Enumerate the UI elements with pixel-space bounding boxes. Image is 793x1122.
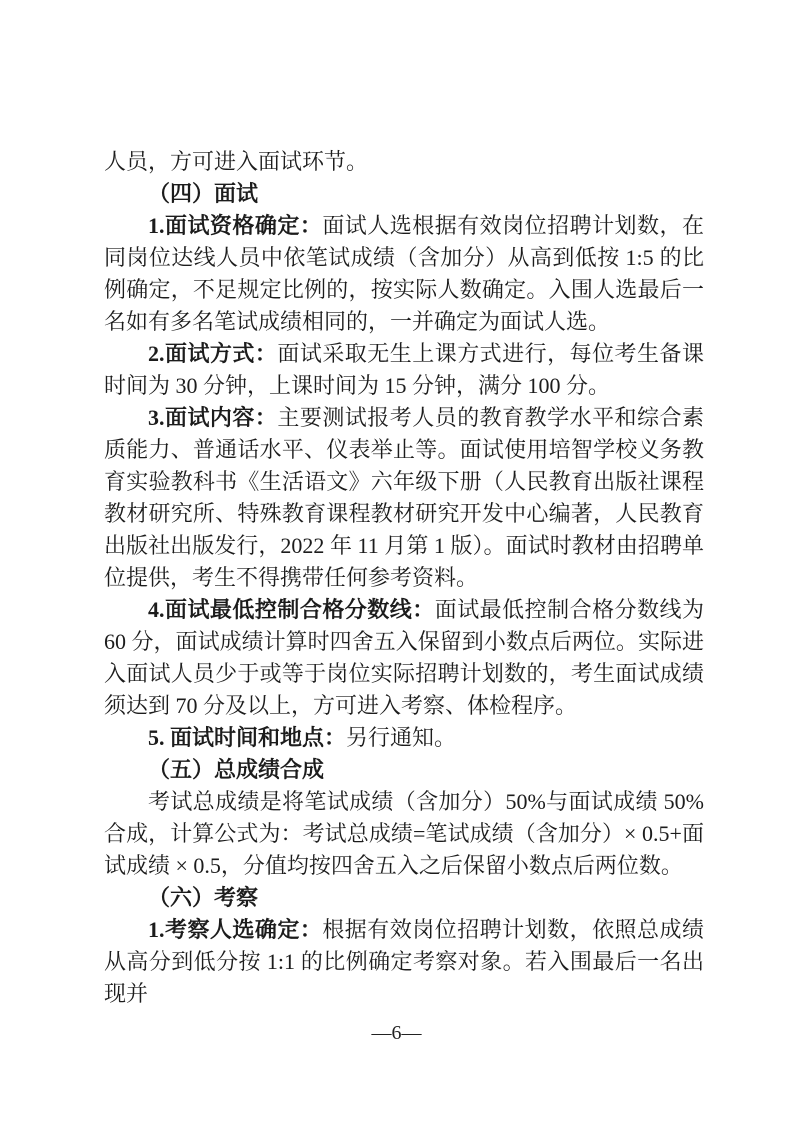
paragraph: （五）总成绩合成 [104, 754, 704, 786]
paragraph: 4.面试最低控制合格分数线：面试最低控制合格分数线为 60 分，面试成绩计算时四… [104, 594, 704, 722]
paragraph: 5. 面试时间和地点：另行通知。 [104, 722, 704, 754]
paragraph: 考试总成绩是将笔试成绩（含加分）50%与面试成绩 50%合成，计算公式为：考试总… [104, 786, 704, 882]
paragraph: 人员，方可进入面试环节。 [104, 146, 704, 178]
heading-label: 1.考察人选确定： [148, 917, 322, 942]
document-body: 人员，方可进入面试环节。（四）面试1.面试资格确定：面试人选根据有效岗位招聘计划… [104, 146, 704, 1010]
page-footer: —6— [0, 1020, 793, 1046]
page-number: —6— [372, 1022, 422, 1044]
paragraph: 1.考察人选确定：根据有效岗位招聘计划数，依照总成绩从高分到低分按 1:1 的比… [104, 914, 704, 1010]
paragraph: （四）面试 [104, 178, 704, 210]
heading-label: 3.面试内容： [148, 405, 277, 430]
heading-label: 1.面试资格确定： [148, 213, 322, 238]
paragraph: （六）考察 [104, 882, 704, 914]
text-segment: 另行通知。 [346, 725, 456, 750]
heading-label: （六）考察 [148, 885, 258, 910]
text-segment: 考试总成绩是将笔试成绩（含加分）50%与面试成绩 50%合成，计算公式为：考试总… [104, 789, 704, 878]
heading-label: 4.面试最低控制合格分数线： [148, 597, 435, 622]
paragraph: 3.面试内容：主要测试报考人员的教育教学水平和综合素质能力、普通话水平、仪表举止… [104, 402, 704, 594]
heading-label: 5. 面试时间和地点： [148, 725, 346, 750]
document-page: 人员，方可进入面试环节。（四）面试1.面试资格确定：面试人选根据有效岗位招聘计划… [0, 0, 793, 1122]
text-segment: 人员，方可进入面试环节。 [104, 149, 368, 174]
paragraph: 1.面试资格确定：面试人选根据有效岗位招聘计划数，在同岗位达线人员中依笔试成绩（… [104, 210, 704, 338]
paragraph: 2.面试方式：面试采取无生上课方式进行，每位考生备课时间为 30 分钟，上课时间… [104, 338, 704, 402]
heading-label: （五）总成绩合成 [148, 757, 324, 782]
heading-label: （四）面试 [148, 181, 258, 206]
heading-label: 2.面试方式： [148, 341, 277, 366]
text-segment: 主要测试报考人员的教育教学水平和综合素质能力、普通话水平、仪表举止等。面试使用培… [104, 405, 704, 590]
